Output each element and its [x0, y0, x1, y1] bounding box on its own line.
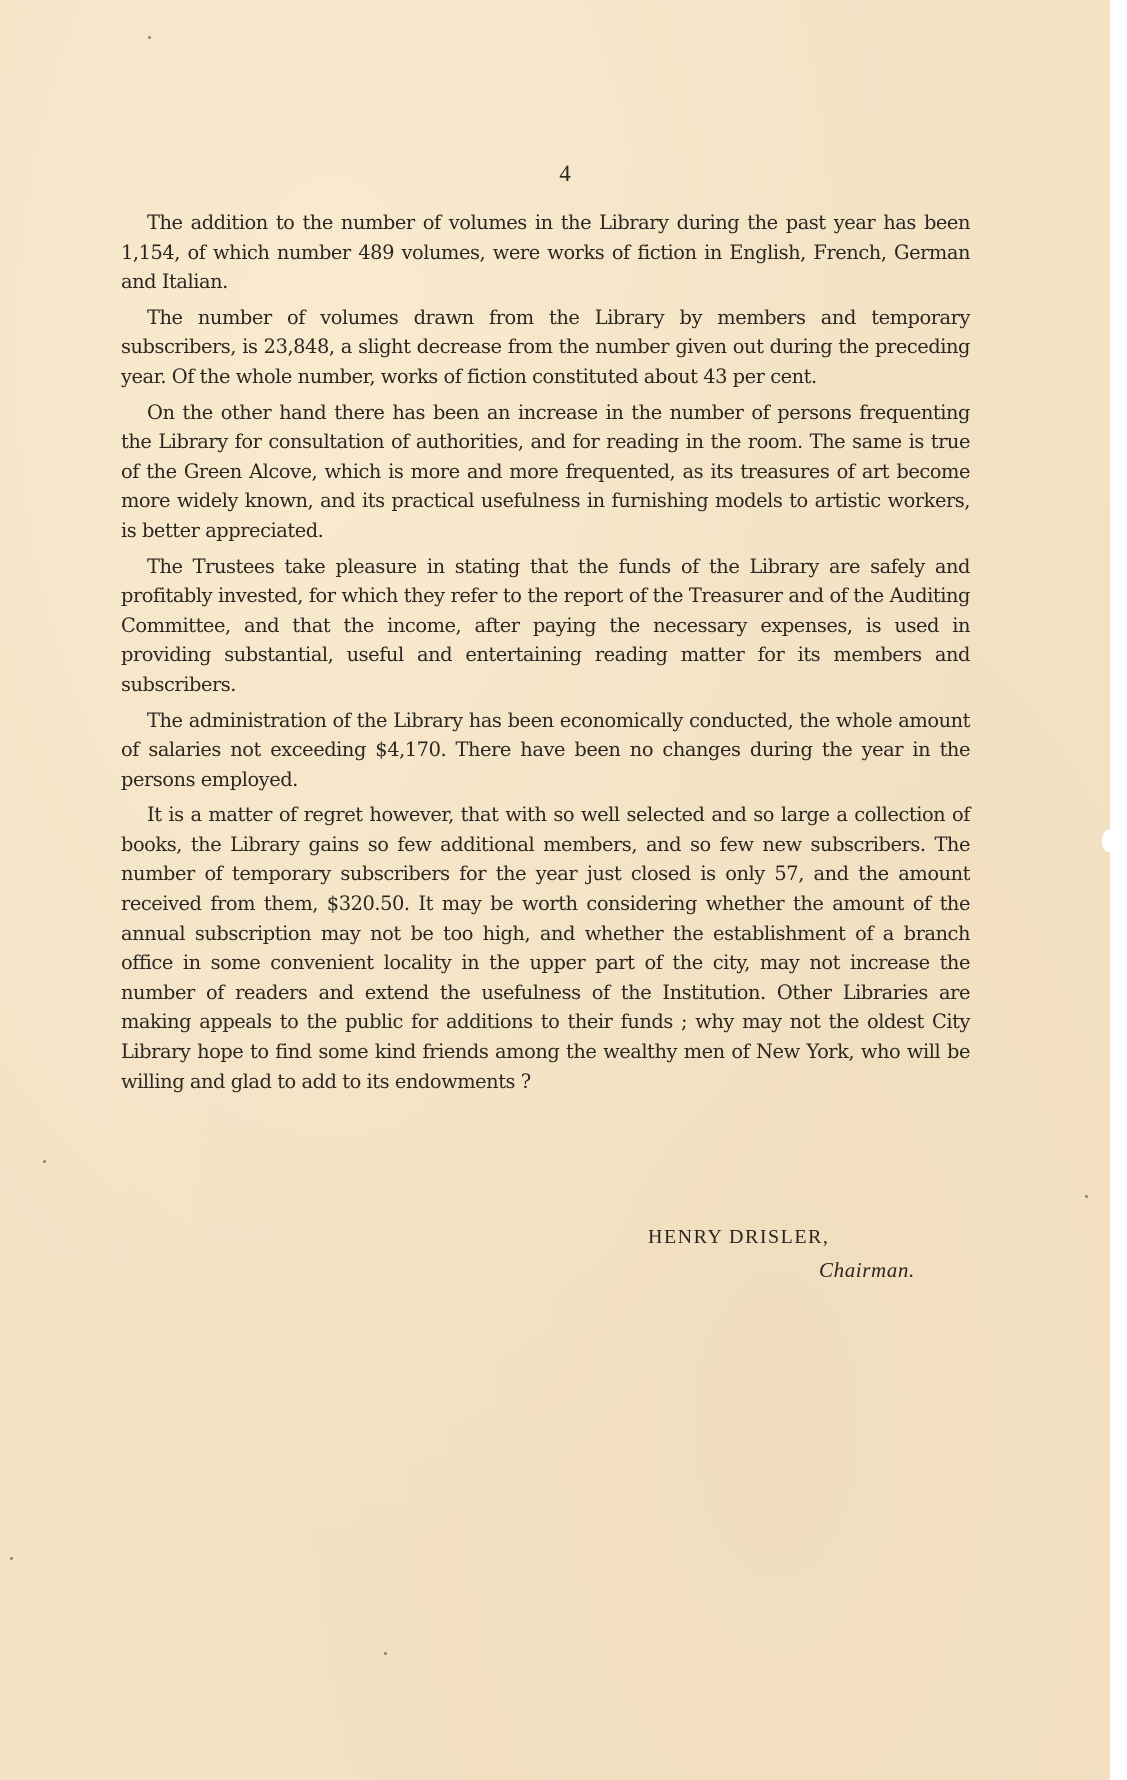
paper-speck-decoration — [43, 1160, 46, 1163]
paragraph-regret-subscribers: It is a matter of regret however, that w… — [121, 800, 970, 1096]
page-number: 4 — [0, 161, 1110, 187]
paper-tear-decoration — [1102, 830, 1114, 852]
paper-speck-decoration — [384, 1652, 387, 1655]
paragraph-library-additions: The addition to the number of volumes in… — [121, 208, 970, 297]
paragraph-funds-invested: The Trustees take pleasure in stating th… — [121, 552, 970, 700]
document-page: 4 The addition to the number of volumes … — [0, 0, 1110, 1780]
paragraph-consultation-increase: On the other hand there has been an incr… — [121, 398, 970, 546]
paragraph-administration: The administration of the Library has be… — [121, 706, 970, 795]
report-body: The addition to the number of volumes in… — [121, 208, 970, 1102]
paper-speck-decoration — [148, 36, 151, 39]
paper-speck-decoration — [1085, 1195, 1088, 1198]
signature-title: Chairman. — [819, 1258, 915, 1283]
paragraph-volumes-drawn: The number of volumes drawn from the Lib… — [121, 303, 970, 392]
paper-speck-decoration — [10, 1557, 13, 1560]
signature-name: HENRY DRISLER, — [648, 1226, 829, 1249]
